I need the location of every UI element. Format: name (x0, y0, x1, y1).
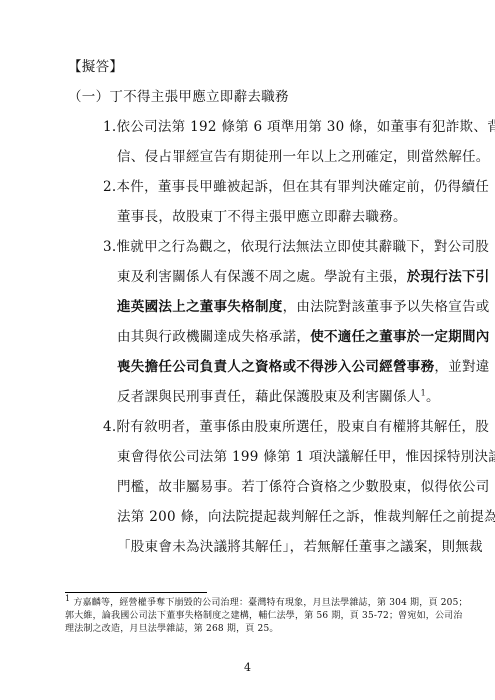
footnote-marker: 1 (65, 594, 70, 603)
footnote-separator (65, 592, 207, 593)
body-line-11: 4.附有敘明者，董事係由股東所選任，股東自有權將其解任，股 (103, 412, 467, 442)
body-line-4: 董事長，故股東丁不得主張甲應立即辭去職務。 (103, 202, 467, 232)
body-line-5: 3.惟就甲之行為觀之，依現行法無法立即使其辭職下，對公司股 (103, 232, 467, 262)
body-line-3: 2.本件，董事長甲雖被起訴，但在其有罪判決確定前，仍得續任 (103, 172, 467, 202)
numbered-list: 1.依公司法第 192 條第 6 項準用第 30 條，如董事有犯詐欺、背 信、侵… (103, 112, 467, 562)
body-line-6: 東及利害關係人有保護不周之處。學說有主張，於現行法下引 (103, 262, 467, 292)
body-line-10: 反者課與民刑事責任，藉此保護股東及利害關係人1。 (103, 382, 467, 412)
footnote-block: 1 方嘉麟等，經營權爭奪下崩毀的公司治理：臺灣特有現象，月旦法學雜誌，第 304… (65, 592, 465, 636)
body-line-9: 喪失擔任公司負責人之資格或不得涉入公司經營事務，並對違 (103, 352, 467, 382)
footnote-line-1: 1 方嘉麟等，經營權爭奪下崩毀的公司治理：臺灣特有現象，月旦法學雜誌，第 304… (65, 597, 465, 610)
answer-label: 【擬答】 (68, 52, 467, 82)
document-page: 【擬答】 （一）丁不得主張甲應立即辭去職務 1.依公司法第 192 條第 6 項… (0, 0, 495, 700)
page-content: 【擬答】 （一）丁不得主張甲應立即辭去職務 1.依公司法第 192 條第 6 項… (68, 52, 467, 562)
body-line-12: 東會得依公司法第 199 條第 1 項決議解任甲，惟因採特別決議 (103, 442, 467, 472)
body-line-14: 法第 200 條，向法院提起裁判解任之訴，惟裁判解任之前提為 (103, 502, 467, 532)
body-line-15: 「股東會未為決議將其解任」，若無解任董事之議案，則無裁 (103, 532, 467, 562)
body-line-7: 進英國法上之董事失格制度，由法院對該董事予以失格宣告或 (103, 292, 467, 322)
body-line-8: 由其與行政機關達成失格承諾，使不適任之董事於一定期間內 (103, 322, 467, 352)
section-heading: （一）丁不得主張甲應立即辭去職務 (68, 82, 467, 112)
footnote-line-2: 郭大維，論我國公司法下董事失格制度之建構，輔仁法學，第 56 期，頁 35-72… (65, 610, 465, 623)
body-line-13: 門檻，故非屬易事。若丁係符合資格之少數股東，似得依公司 (103, 472, 467, 502)
body-line-1: 1.依公司法第 192 條第 6 項準用第 30 條，如董事有犯詐欺、背 (103, 112, 467, 142)
body-line-2: 信、侵占罪經宣告有期徒刑一年以上之刑確定，則當然解任。 (103, 142, 467, 172)
footnote-line-3: 理法制之改造，月旦法學雜誌，第 268 期，頁 25。 (65, 623, 465, 636)
page-number: 4 (0, 660, 495, 676)
